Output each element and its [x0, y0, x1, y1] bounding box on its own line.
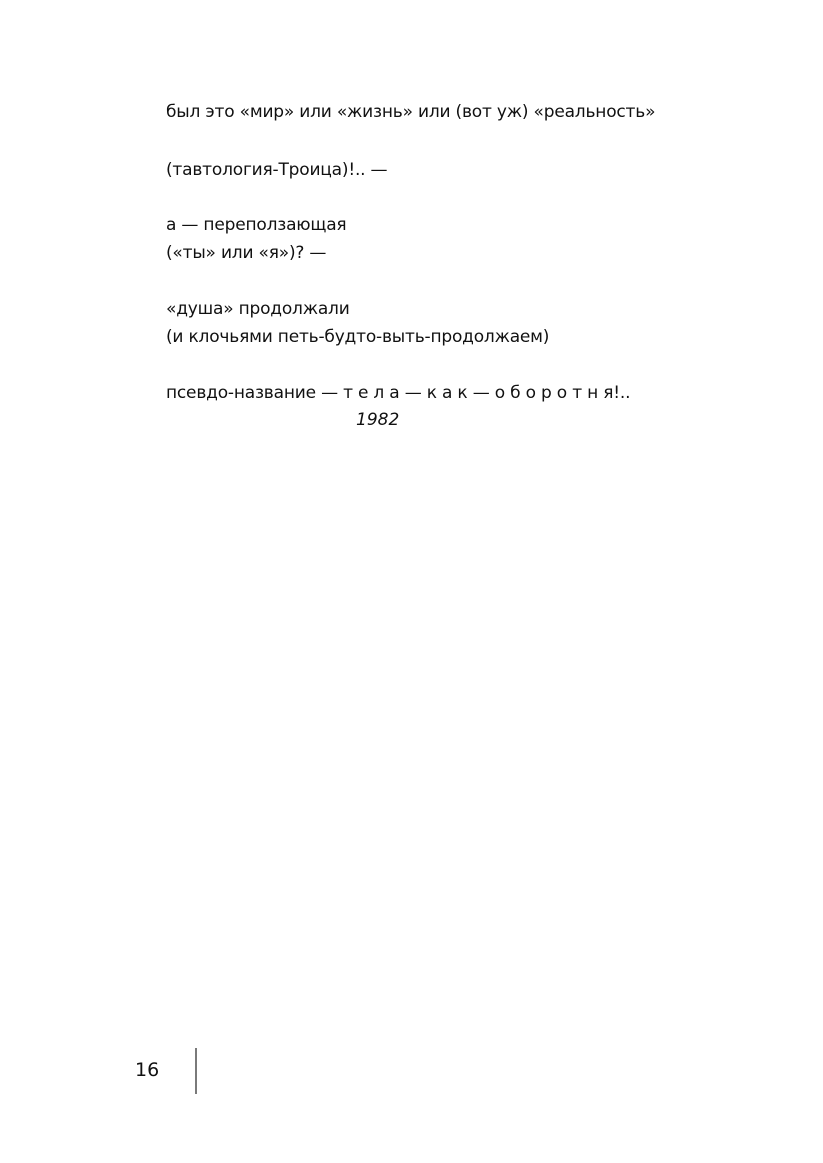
book-page: был это «мир» или «жизнь» или (вот уж) «… — [0, 0, 823, 1163]
poem-line: был это «мир» или «жизнь» или (вот уж) «… — [166, 101, 655, 123]
page-number-divider — [195, 1048, 197, 1094]
poem-line: а — переползающая — [166, 214, 346, 236]
poem-date: 1982 — [356, 409, 399, 431]
poem-line: («ты» или «я»)? — — [166, 242, 326, 264]
poem-line: псевдо-название — т е л а — к а к — о б … — [166, 382, 630, 404]
page-number: 16 — [135, 1058, 159, 1082]
poem-line: (и клочьями петь-будто-выть-продолжаем) — [166, 326, 549, 348]
poem-line: (тавтология-Троица)!.. — — [166, 159, 387, 181]
poem-line: «душа» продолжали — [166, 298, 350, 320]
